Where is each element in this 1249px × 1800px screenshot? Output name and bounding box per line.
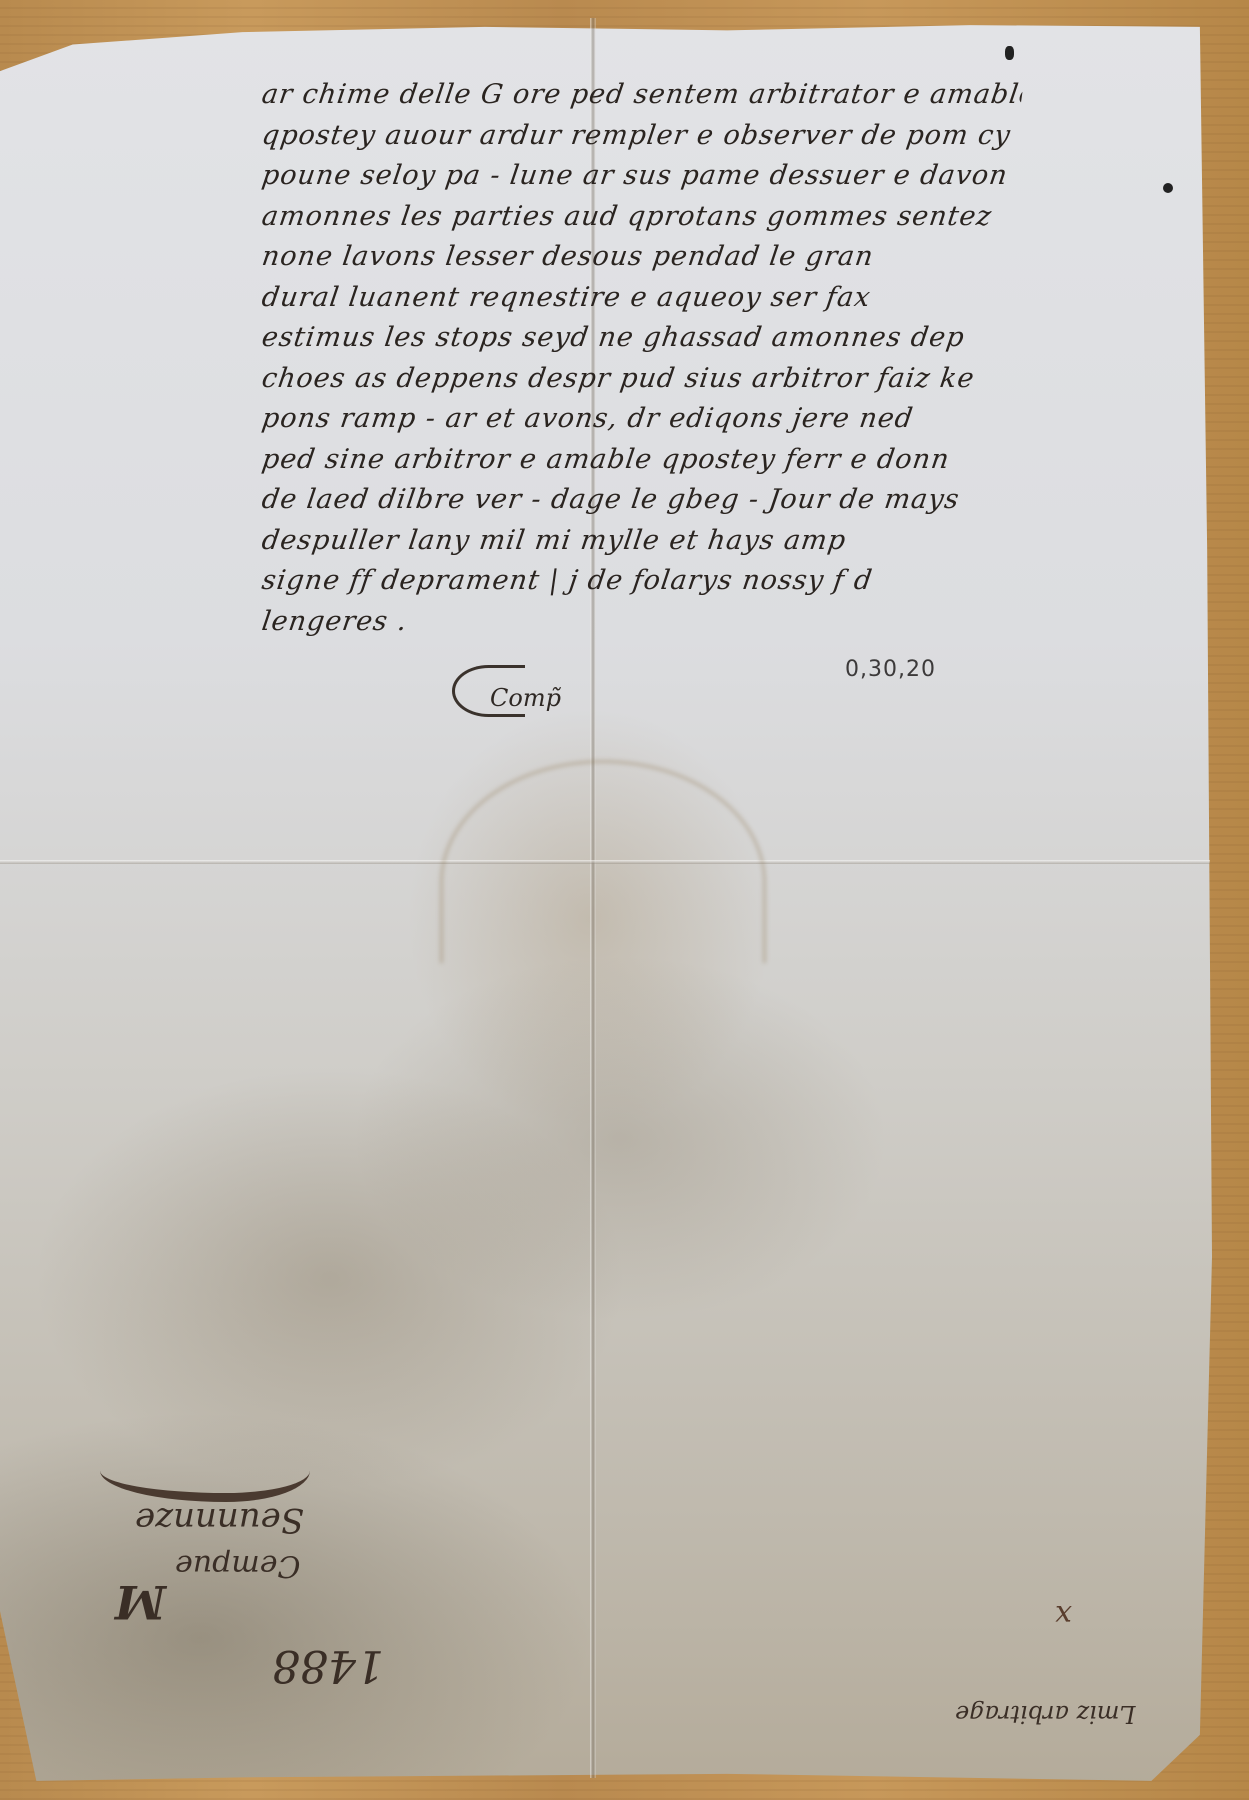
manuscript-line: estimus les stops seyd ne ghassad amonne… <box>259 318 1025 359</box>
endorsement-line-2: Cempue <box>175 1548 300 1583</box>
shelfmark-number: 0,30,20 <box>845 657 936 682</box>
endorsement-year: 1488 <box>272 1640 384 1691</box>
endorsement-line-1: Seunnnze <box>135 1500 304 1540</box>
manuscript-line: amonnes les parties aud qprotans gommes … <box>259 197 1025 238</box>
bottom-right-annotation: Lmiz arbitrage <box>955 1700 1135 1728</box>
manuscript-line: dural luanent reqnestire e aqueoy ser fa… <box>259 278 1025 319</box>
ink-blot <box>1005 46 1014 60</box>
manuscript-line: choes as deppens despr pud sius arbitror… <box>259 359 1025 400</box>
ink-dot <box>1163 183 1173 193</box>
manuscript-line: ped sine arbitror e amable qpostey ferr … <box>259 440 1025 481</box>
manuscript-line: lengeres . <box>259 602 1025 643</box>
manuscript-line: none lavons lesser desous pendad le gran <box>259 237 1025 278</box>
manuscript-line: pons ramp - ar et avons, dr ediqons jere… <box>259 399 1025 440</box>
manuscript-body: ar chime delle G ore ped sentem arbitrat… <box>262 75 1022 642</box>
bottom-right-mark: x <box>1055 1598 1072 1633</box>
manuscript-line: poune seloy pa - lune ar sus pame dessue… <box>259 156 1025 197</box>
manuscript-line: de laed dilbre ver - dage le gbeg - Jour… <box>259 480 1025 521</box>
manuscript-line: signe ff deprament | j de folarys nossy … <box>259 561 1025 602</box>
closing-word: Comp̃ <box>490 684 561 712</box>
endorsement-mark: M <box>115 1575 166 1629</box>
manuscript-line: despuller lany mil mi mylle et hays amp <box>259 521 1025 562</box>
manuscript-line: qpostey auour ardur rempler e observer d… <box>259 116 1025 157</box>
manuscript-line: ar chime delle G ore ped sentem arbitrat… <box>259 75 1025 116</box>
